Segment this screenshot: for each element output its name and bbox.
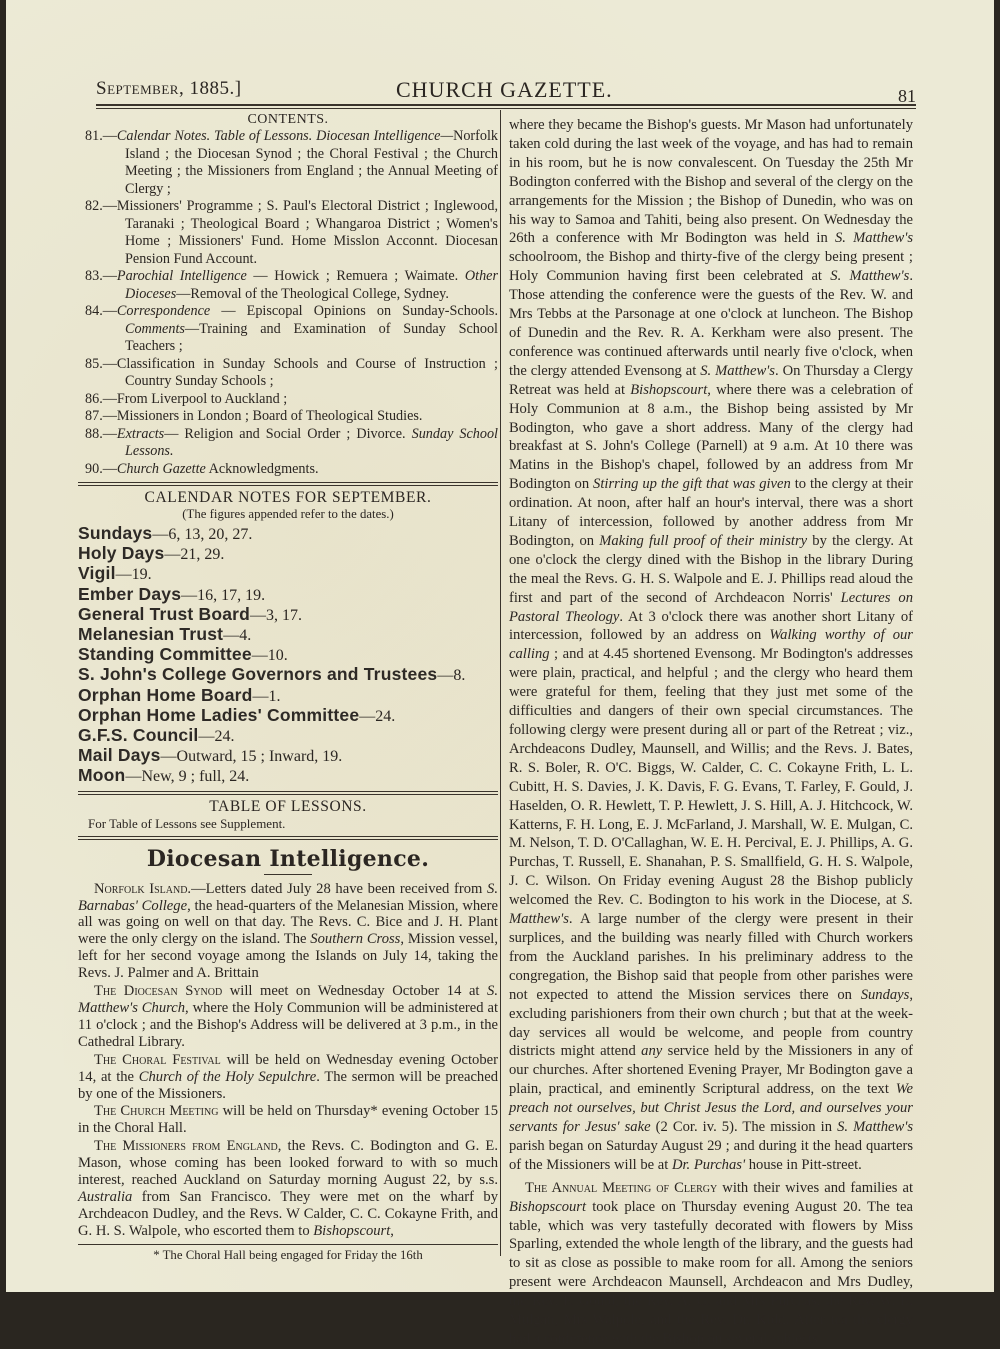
contents-text: Missioners in London ; Board of Theologi…: [117, 408, 423, 424]
italic-text: Stirring up the gift that was given: [593, 476, 791, 492]
calendar-label: Mail Days: [78, 745, 161, 765]
calendar-dates: —6, 13, 20, 27.: [152, 526, 252, 543]
calendar-dates: —24.: [359, 708, 395, 725]
paragraph-lead: The Church Meeting: [94, 1103, 218, 1119]
header-title: CHURCH GAZETTE.: [396, 77, 613, 103]
contents-number: 87.—: [85, 408, 117, 424]
calendar-entry: Melanesian Trust—4.: [78, 625, 498, 645]
contents-number: 88.—: [85, 426, 117, 442]
contents-number: 84.—: [85, 303, 117, 319]
header-rule-thin: [96, 108, 916, 109]
italic-text: S. Matthew's: [837, 1119, 913, 1135]
contents-item: 83.—Parochial Intelligence — Howick ; Re…: [78, 268, 498, 303]
right-column: where they became the Bishop's guests. M…: [509, 116, 913, 1298]
calendar-entry: Orphan Home Board—1.: [78, 686, 498, 706]
calendar-heading: CALENDAR NOTES FOR SEPTEMBER.: [78, 489, 498, 507]
calendar-label: S. John's College Governors and Trustees: [78, 664, 437, 684]
italic-text: Bishopscourt: [509, 1199, 586, 1215]
italic-text: Dr. Purchas': [672, 1157, 745, 1173]
calendar-dates: —16, 17, 19.: [181, 587, 265, 604]
diocesan-heading: Diocesan Intelligence.: [78, 846, 498, 872]
calendar-label: Orphan Home Board: [78, 685, 253, 705]
calendar-dates: —21, 29.: [164, 546, 224, 563]
italic-text: Church of the Holy Sepulchre: [139, 1069, 316, 1085]
calendar-entry: Moon—New, 9 ; full, 24.: [78, 766, 498, 786]
contents-item: 85.—Classification in Sunday Schools and…: [78, 356, 498, 391]
calendar-label: Orphan Home Ladies' Committee: [78, 705, 359, 725]
contents-item: 86.—From Liverpool to Auckland ;: [78, 391, 498, 409]
calendar-list: Sundays—6, 13, 20, 27.Holy Days—21, 29.V…: [78, 524, 498, 787]
contents-section-title: Correspondence: [117, 303, 210, 319]
calendar-dates: —New, 9 ; full, 24.: [125, 768, 249, 785]
calendar-label: Ember Days: [78, 584, 181, 604]
contents-list: 81.—Calendar Notes. Table of Lessons. Di…: [78, 128, 498, 478]
body-text: —Letters dated July 28 have been receive…: [191, 881, 487, 897]
lessons-text: For Table of Lessons see Supplement.: [78, 816, 498, 832]
italic-text: S. Matthew's: [835, 230, 913, 246]
footnote-rule: [78, 1244, 498, 1245]
calendar-dates: —3, 17.: [250, 607, 302, 624]
calendar-entry: Vigil—19.: [78, 564, 498, 584]
contents-section-title: Church Gazette: [117, 461, 206, 477]
section-rule: [78, 791, 498, 795]
italic-text: any: [641, 1043, 662, 1059]
article-paragraph: The Choral Festival will be held on Wedn…: [78, 1052, 498, 1103]
article-paragraph: The Diocesan Synod will meet on Wednesda…: [78, 983, 498, 1051]
article-paragraph: Norfolk Island.—Letters dated July 28 ha…: [78, 881, 498, 982]
contents-item: 88.—Extracts— Religion and Social Order …: [78, 426, 498, 461]
paragraph-lead: The Diocesan Synod: [94, 983, 222, 999]
contents-number: 83.—: [85, 268, 117, 284]
calendar-entry: Ember Days—16, 17, 19.: [78, 585, 498, 605]
paragraph-lead: The Missioners from England: [94, 1138, 278, 1154]
paragraph-lead: Norfolk Island.: [94, 881, 191, 897]
header-rule: [96, 104, 916, 106]
calendar-entry: Mail Days—Outward, 15 ; Inward, 19.: [78, 746, 498, 766]
calendar-dates: —1.: [253, 688, 281, 705]
lessons-heading: TABLE OF LESSONS.: [78, 798, 498, 816]
contents-section-title: Extracts: [117, 426, 164, 442]
calendar-dates: —Outward, 15 ; Inward, 19.: [161, 748, 343, 765]
newspaper-page: September, 1885.] CHURCH GAZETTE. 81 CON…: [6, 0, 994, 1292]
contents-section-title: Parochial Intelligence: [117, 268, 247, 284]
contents-item: 90.—Church Gazette Acknowledgments.: [78, 461, 498, 479]
section-rule: [78, 836, 498, 840]
body-text: (2 Cor. iv. 5). The mission in: [651, 1119, 838, 1135]
italic-text: S. Matthew's: [700, 363, 775, 379]
body-text: where they became the Bishop's guests. M…: [509, 117, 913, 246]
italic-text: Making full proof of their ministry: [599, 533, 807, 549]
article-paragraph: where they became the Bishop's guests. M…: [509, 116, 913, 1175]
contents-number: 82.—: [85, 198, 117, 214]
calendar-dates: —8.: [437, 667, 465, 684]
contents-text: Classification in Sunday Schools and Cou…: [117, 356, 498, 390]
contents-text: — Religion and Social Order ; Divorce.: [164, 426, 411, 442]
article-paragraph: The Annual Meeting of Clergy with their …: [509, 1179, 913, 1298]
calendar-label: Vigil: [78, 563, 116, 583]
left-column: CONTENTS. 81.—Calendar Notes. Table of L…: [78, 112, 498, 1263]
paragraph-lead: The Annual Meeting of Clergy: [525, 1180, 717, 1196]
calendar-entry: Holy Days—21, 29.: [78, 544, 498, 564]
italic-text: Bishopscourt: [630, 382, 707, 398]
calendar-label: Holy Days: [78, 543, 164, 563]
contents-number: 81.—: [85, 128, 117, 144]
contents-text: — Howick ; Remuera ; Waimate.: [247, 268, 465, 284]
body-text: with their wives and families at: [717, 1180, 913, 1196]
calendar-entry: S. John's College Governors and Trustees…: [78, 665, 498, 685]
calendar-label: General Trust Board: [78, 604, 250, 624]
contents-section-title: Calendar Notes. Table of Lessons. Dioces…: [117, 128, 453, 144]
contents-number: 86.—: [85, 391, 117, 407]
calendar-dates: —19.: [116, 566, 152, 583]
italic-text: Australia: [78, 1189, 132, 1205]
column-divider: [500, 110, 501, 1256]
body-text: from San Francisco. They were met on the…: [78, 1189, 498, 1239]
calendar-label: Standing Committee: [78, 644, 252, 664]
body-text: ; and at 4.45 shortened Evensong. Mr Bod…: [509, 646, 913, 908]
calendar-label: Moon: [78, 765, 125, 785]
calendar-label: G.F.S. Council: [78, 725, 198, 745]
paragraph-lead: The Choral Festival: [94, 1052, 221, 1068]
contents-number: 90.—: [85, 461, 117, 477]
contents-heading: CONTENTS.: [78, 112, 498, 128]
contents-item: 81.—Calendar Notes. Table of Lessons. Di…: [78, 128, 498, 198]
calendar-entry: General Trust Board—3, 17.: [78, 605, 498, 625]
body-text: . A large number of the clergy were pres…: [509, 911, 913, 1003]
calendar-label: Sundays: [78, 523, 152, 543]
contents-section-title: Comments: [125, 321, 185, 337]
contents-text: From Liverpool to Auckland ;: [117, 391, 287, 407]
calendar-entry: G.F.S. Council—24.: [78, 726, 498, 746]
calendar-entry: Standing Committee—10.: [78, 645, 498, 665]
short-rule: [264, 874, 312, 875]
contents-item: 84.—Correspondence — Episcopal Opinions …: [78, 303, 498, 356]
diocesan-body: Norfolk Island.—Letters dated July 28 ha…: [78, 881, 498, 1240]
italic-text: Southern Cross: [310, 931, 400, 947]
contents-text: Acknowledgments.: [206, 461, 319, 477]
section-rule: [78, 482, 498, 486]
contents-text: —Removal of the Theological College, Syd…: [176, 286, 449, 302]
calendar-dates: —4.: [223, 627, 251, 644]
italic-text: Bishopscourt: [313, 1223, 390, 1239]
contents-item: 82.—Missioners' Programme ; S. Paul's El…: [78, 198, 498, 268]
italic-text: S. Matthew's: [830, 268, 909, 284]
body-text: house in Pitt-street.: [745, 1157, 862, 1173]
contents-number: 85.—: [85, 356, 117, 372]
footnote: * The Choral Hall being engaged for Frid…: [78, 1248, 498, 1263]
calendar-dates: —24.: [198, 728, 234, 745]
contents-text: Missioners' Programme ; S. Paul's Electo…: [117, 198, 498, 267]
calendar-dates: —10.: [252, 647, 288, 664]
calendar-subheading: (The figures appended refer to the dates…: [78, 507, 498, 522]
calendar-entry: Sundays—6, 13, 20, 27.: [78, 524, 498, 544]
page-header: September, 1885.] CHURCH GAZETTE. 81: [96, 78, 916, 104]
header-date: September, 1885.]: [96, 78, 242, 100]
calendar-entry: Orphan Home Ladies' Committee—24.: [78, 706, 498, 726]
body-text: ,: [390, 1223, 394, 1239]
calendar-label: Melanesian Trust: [78, 624, 223, 644]
body-text: will meet on Wednesday October 14 at: [222, 983, 487, 999]
article-paragraph: The Missioners from England, the Revs. C…: [78, 1138, 498, 1239]
article-paragraph: The Church Meeting will be held on Thurs…: [78, 1103, 498, 1137]
contents-text: — Episcopal Opinions on Sunday-Schools.: [210, 303, 498, 319]
contents-item: 87.—Missioners in London ; Board of Theo…: [78, 408, 498, 426]
italic-text: Sundays: [861, 987, 910, 1003]
